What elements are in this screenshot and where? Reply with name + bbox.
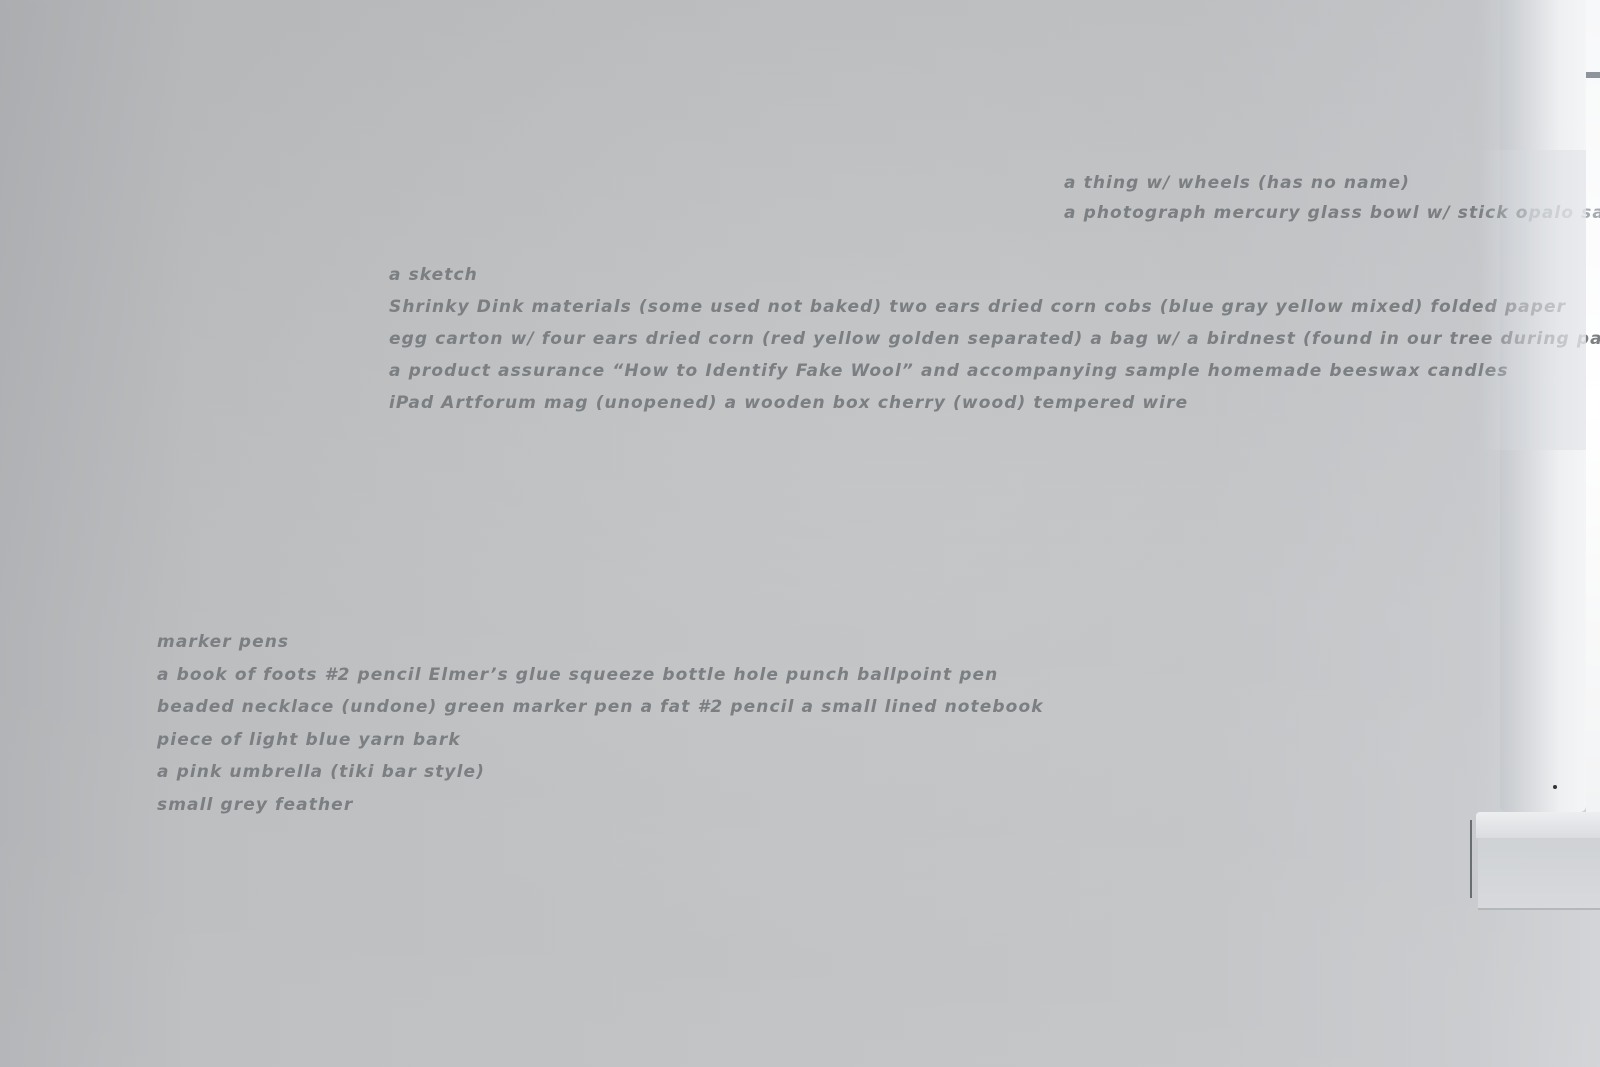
window-sill-front xyxy=(1478,838,1600,910)
text-group-top-right: a thing w/ wheels (has no name) a photog… xyxy=(1064,168,1600,228)
wall-text-line: piece of light blue yarn bark xyxy=(157,724,1044,757)
wall-text-segment-faded: palo sa xyxy=(1529,203,1600,223)
pillar-nail-hole xyxy=(1553,785,1557,789)
text-group-lower-left: marker pens a book of foots #2 pencil El… xyxy=(157,626,1044,821)
wall-text-line: a pink umbrella (tiki bar style) xyxy=(157,756,1044,789)
wall-text-segment: a photograph mercury glass bowl w/ stick… xyxy=(1064,203,1529,223)
wall-text-line: egg carton w/ four ears dried corn (red … xyxy=(389,323,1600,355)
wall-text-line: a product assurance “How to Identify Fak… xyxy=(389,355,1600,387)
wall-text-line: beaded necklace (undone) green marker pe… xyxy=(157,691,1044,724)
wall-text-line: a thing w/ wheels (has no name) xyxy=(1064,168,1600,198)
wall-text-line: marker pens xyxy=(157,626,1044,659)
window-frame-bar xyxy=(1586,72,1600,78)
window-sill-top xyxy=(1476,812,1600,838)
wall-text-line: a photograph mercury glass bowl w/ stick… xyxy=(1064,198,1600,228)
wall-text-line: a sketch xyxy=(389,259,1600,291)
wall-text-line: iPad Artforum mag (unopened) a wooden bo… xyxy=(389,387,1600,419)
wall-text-line: a book of foots #2 pencil Elmer’s glue s… xyxy=(157,659,1044,692)
wall-lighting xyxy=(0,0,1600,1067)
wall-text-line: Shrinky Dink materials (some used not ba… xyxy=(389,291,1600,323)
text-group-middle: a sketch Shrinky Dink materials (some us… xyxy=(389,259,1600,419)
wall-crack xyxy=(1470,820,1472,898)
wall-text-line: small grey feather xyxy=(157,789,1044,822)
